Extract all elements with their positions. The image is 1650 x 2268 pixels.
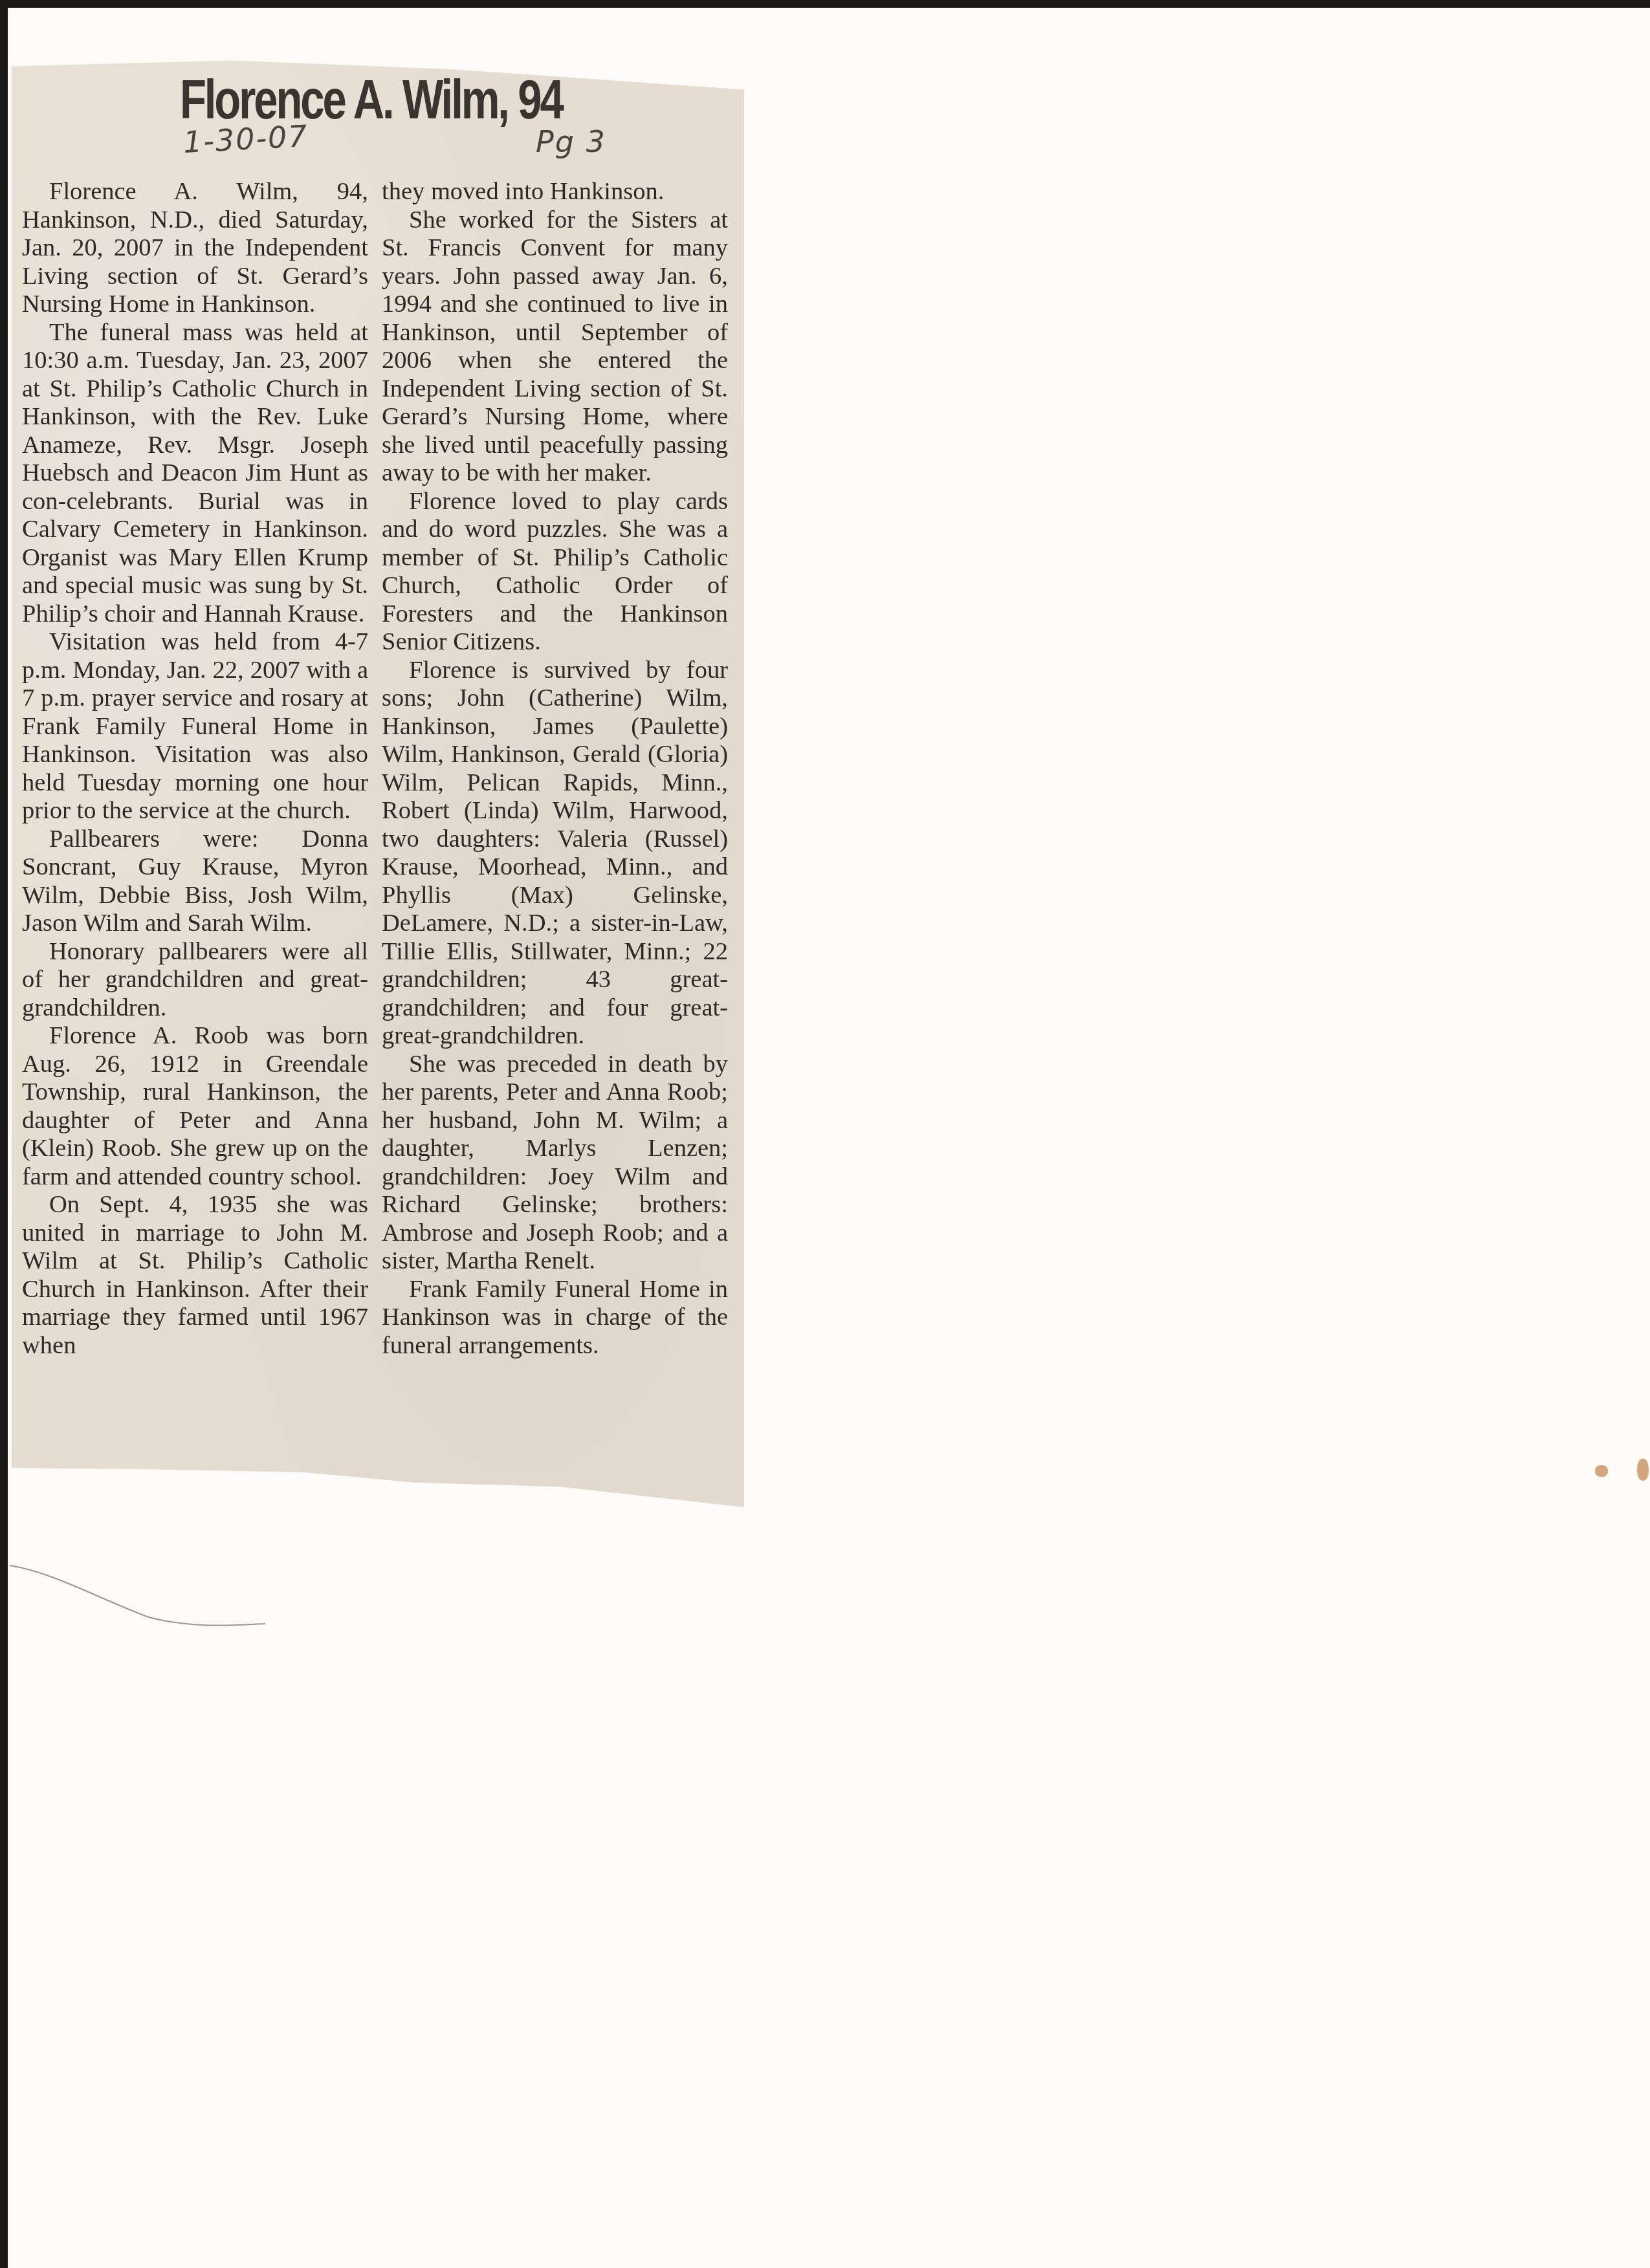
paragraph: Florence loved to play cards and do word… bbox=[382, 488, 728, 657]
paper-stain bbox=[1637, 1459, 1649, 1481]
scanner-border-left bbox=[0, 0, 8, 2268]
pencil-mark bbox=[0, 1553, 324, 1630]
paragraph: On Sept. 4, 1935 she was united in marri… bbox=[22, 1191, 368, 1360]
newspaper-clipping: Florence A. Wilm, 94 1-30-07 Pg 3 Floren… bbox=[12, 52, 744, 1507]
paragraph: Honorary pallbearers were all of her gra… bbox=[22, 938, 368, 1023]
paragraph: Florence is survived by four sons; John … bbox=[382, 657, 728, 1051]
paragraph: Visitation was held from 4-7 p.m. Monday… bbox=[22, 628, 368, 825]
paper-stain bbox=[1595, 1465, 1608, 1477]
paragraph: Frank Family Funeral Home in Hankinson w… bbox=[382, 1276, 728, 1360]
paragraph: Florence A. Roob was born Aug. 26, 1912 … bbox=[22, 1022, 368, 1191]
right-column: they moved into Hankinson. She worked fo… bbox=[382, 178, 728, 1360]
paragraph: Pallbearers were: Donna Soncrant, Guy Kr… bbox=[22, 825, 368, 938]
paragraph: She worked for the Sisters at St. Franci… bbox=[382, 206, 728, 488]
scanner-border-top bbox=[0, 0, 1650, 8]
left-column: Florence A. Wilm, 94, Hankinson, N.D., d… bbox=[22, 178, 368, 1360]
paragraph: The funeral mass was held at 10:30 a.m. … bbox=[22, 319, 368, 629]
paragraph: Florence A. Wilm, 94, Hankinson, N.D., d… bbox=[22, 178, 368, 319]
paragraph: She was preceded in death by her parents… bbox=[382, 1051, 728, 1276]
handwritten-date: 1-30-07 bbox=[182, 118, 309, 160]
paragraph-continued: they moved into Hankinson. bbox=[382, 178, 728, 206]
handwritten-page-number: Pg 3 bbox=[536, 124, 606, 159]
